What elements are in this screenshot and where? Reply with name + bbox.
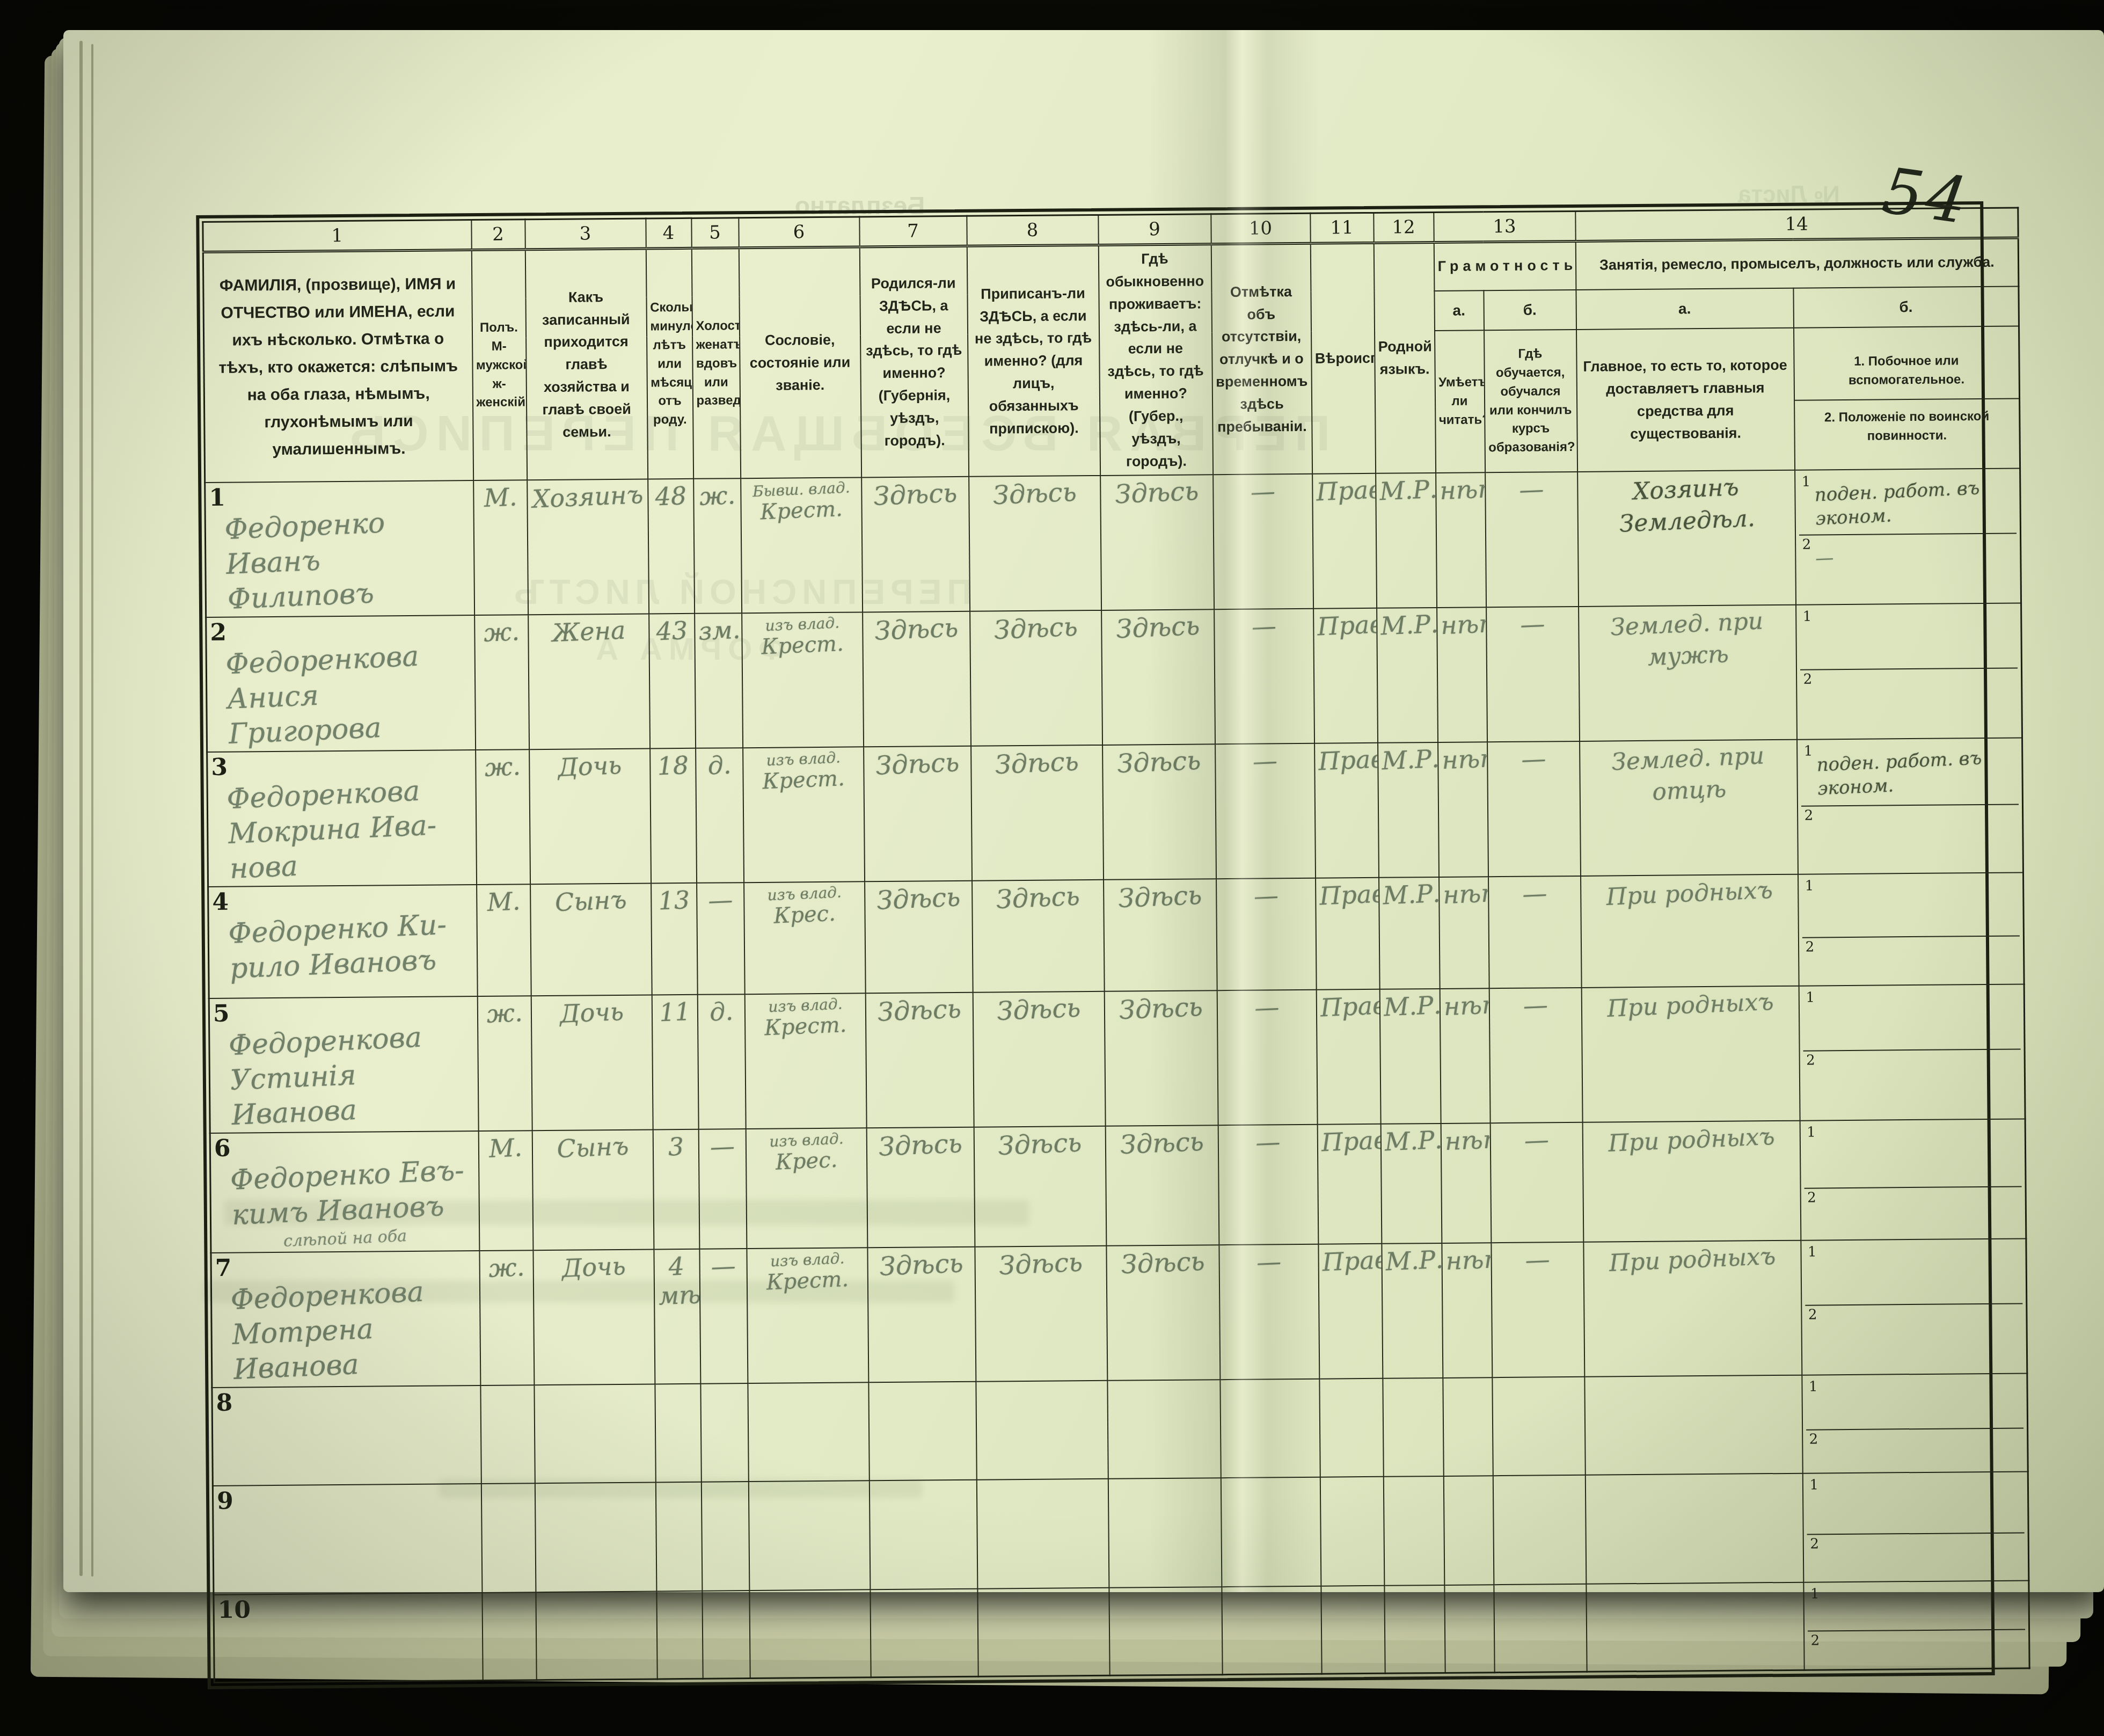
cell-religion: Прав. — [1318, 1244, 1383, 1379]
side-label-2: 2 — [1806, 1053, 1815, 1069]
cell-marital: ж. — [693, 479, 742, 614]
cell-estate — [748, 1481, 870, 1591]
entry-residence: Здѣсь — [1105, 610, 1211, 645]
census-table-border: 1 2 3 4 5 6 7 8 9 10 11 12 13 14 — [196, 201, 1995, 1690]
table-row: 1Федоренко Иванъ Филиповъ М. Хозяинъ 48 … — [205, 469, 2021, 618]
entry-military-status: — — [1799, 546, 1834, 571]
cell-occupation-side: 1 2 — [1798, 873, 2025, 986]
cell-born: Здѣсь — [863, 611, 971, 747]
cell-occupation-side: 1 2 — [1800, 1119, 2026, 1241]
entry-estate: Крес. — [747, 900, 861, 930]
side-label-2: 2 — [1803, 672, 1813, 688]
side-label-1: 1 — [1810, 1586, 1820, 1602]
cell-relation: Сынъ — [532, 1130, 654, 1251]
entry-relation: Жена — [531, 615, 646, 648]
entry-literacy-a: нѣтъ — [1444, 1125, 1487, 1156]
entry-marital: — — [700, 885, 741, 915]
cell-absence: — — [1213, 474, 1313, 609]
cell-relation: Сынъ — [530, 884, 652, 996]
cell-literacy-a: нѣтъ — [1441, 1124, 1491, 1244]
entry-literacy-b: — — [1488, 473, 1574, 506]
entry-religion: Прав. — [1317, 610, 1374, 641]
side-label-2: 2 — [1805, 939, 1814, 955]
entry-absence: — — [1221, 1126, 1314, 1158]
entry-literacy-a: нѣтъ — [1441, 744, 1484, 775]
entry-side-occupation — [1803, 1019, 1819, 1020]
col-number-9: 9 — [1098, 214, 1211, 245]
header-sex-column: Полъ. М-мужской. ж-женскій. — [476, 319, 522, 413]
cell-age — [656, 1591, 703, 1679]
cell-language: М.Р. — [1379, 989, 1441, 1124]
entry-name: Федоренкова Анися Григорова — [208, 616, 473, 753]
side-label-2: 2 — [1809, 1432, 1818, 1448]
entry-side-occupation — [1800, 638, 1816, 639]
cell-estate — [748, 1383, 869, 1482]
cell-age: 13 — [651, 883, 698, 995]
cell-relation: Дочь — [533, 1250, 655, 1385]
entry-occupation-main: При родныхъ — [1584, 874, 1795, 914]
cell-occupation-main: Землед. при мужѣ — [1579, 605, 1797, 741]
cell-residence — [1107, 1380, 1221, 1479]
cell-age: 48 — [648, 479, 695, 614]
cell-marital: д. — [697, 995, 746, 1130]
side-label-1: 1 — [1807, 1125, 1816, 1141]
page-edge-line — [91, 44, 93, 1577]
entry-sex: ж. — [483, 1252, 530, 1283]
cell-literacy-b: — — [1488, 876, 1582, 988]
row-number: 9 — [217, 1487, 233, 1515]
header-literacy-where: Гдѣ обучается, обучался или кончилъ курс… — [1488, 345, 1574, 457]
entry-language: М.Р. — [1379, 475, 1433, 506]
entry-residence: Здѣсь — [1107, 991, 1214, 1026]
col-number-7: 7 — [859, 216, 967, 247]
entry-literacy-a: нѣтъ — [1443, 990, 1486, 1021]
entry-literacy-a: нѣтъ — [1442, 879, 1485, 909]
header-relation-column: Какъ записанный приходится главѣ хозяйст… — [529, 286, 644, 444]
entry-literacy-b: — — [1489, 608, 1575, 641]
header-name-column: ФАМИЛІЯ, (прозвище), ИМЯ и ОТЧЕСТВО или … — [207, 270, 469, 464]
table-row: 7Федоренкова Мотрена Иванова ж. Дочь 4 м… — [211, 1239, 2027, 1388]
cell-sex: ж. — [476, 750, 530, 885]
col-number-12: 12 — [1374, 213, 1434, 243]
photo-background: Безплатно. № Листа ПЕРВАЯ ВСЕОБЩАЯ ПЕРЕП… — [0, 0, 2104, 1736]
entry-occupation-main: При родныхъ — [1584, 986, 1795, 1026]
cell-relation — [536, 1592, 657, 1680]
cell-registered: Здѣсь — [973, 991, 1105, 1127]
cell-name: 10 — [214, 1593, 483, 1682]
entry-name: Федоренкова Устинія Иванова — [211, 996, 477, 1133]
col-number-3: 3 — [525, 218, 646, 250]
cell-absence — [1221, 1477, 1321, 1587]
cell-religion: Прав. — [1313, 608, 1378, 743]
entry-residence: Здѣсь — [1109, 1246, 1216, 1280]
table-row: 4Федоренко Ки­рило Ивановъ М. Сынъ 13 — … — [208, 873, 2025, 999]
cell-relation: Дочь — [529, 749, 651, 885]
cell-occupation-main — [1584, 1375, 1802, 1475]
cell-literacy-b — [1493, 1475, 1586, 1585]
entry-absence: — — [1218, 745, 1311, 777]
cell-marital: зм. — [695, 614, 743, 749]
cell-literacy-b: — — [1486, 607, 1580, 742]
entry-relation: Сынъ — [535, 1130, 649, 1164]
cell-literacy-a — [1444, 1585, 1494, 1673]
cell-name: 9 — [213, 1484, 482, 1595]
entry-marital: д. — [699, 750, 740, 781]
entry-born: Здѣсь — [870, 1128, 970, 1163]
cell-literacy-a: нѣтъ — [1442, 1243, 1492, 1378]
entry-name: Федоренко Евъ­кимъ Ивановъ — [213, 1131, 477, 1234]
page-edge-line — [79, 41, 83, 1576]
cell-name: 1Федоренко Иванъ Филиповъ — [205, 481, 474, 618]
entry-absence: — — [1222, 1245, 1315, 1278]
col-number-6: 6 — [739, 217, 859, 248]
side-label-1: 1 — [1809, 1477, 1818, 1493]
cell-literacy-a: нѣтъ — [1438, 742, 1488, 878]
cell-age: 11 — [652, 995, 698, 1130]
cell-occupation-main: При родныхъ — [1583, 1241, 1802, 1377]
entry-military-status — [1805, 1329, 1821, 1329]
entry-age: 13 — [654, 885, 693, 916]
entry-occupation-main: Землед. при отцѣ — [1582, 740, 1795, 812]
entry-language: М.Р. — [1381, 745, 1435, 776]
entry-side-occupation: поден. работ. въ эконом. — [1798, 475, 2017, 531]
literacy-b-label: б. — [1484, 290, 1576, 330]
side-label-2: 2 — [1805, 808, 1814, 824]
side-label-1: 1 — [1805, 878, 1814, 894]
cell-absence: — — [1214, 609, 1314, 744]
col-number-11: 11 — [1310, 213, 1374, 243]
cell-occupation-side: 1 2 — [1802, 1374, 2028, 1474]
census-table-wrap: 1 2 3 4 5 6 7 8 9 10 11 12 13 14 — [196, 201, 1995, 1690]
cell-age: 3 — [653, 1129, 699, 1250]
header-age-column: Сколько минуло лѣтъ или мѣсяцевъ отъ род… — [650, 298, 689, 429]
entry-born: Здѣсь — [866, 612, 967, 647]
entry-age: 43 — [652, 616, 691, 646]
header-registered-column: Приписанъ-ли ЗДѢСЬ, а если не здѣсь, то … — [971, 282, 1096, 441]
header-marital-column: Холостъ, женатъ, вдовъ или разведенъ. — [696, 317, 736, 411]
entry-name: Федоренкова Мокрина Ива­нова — [209, 750, 474, 887]
entry-language: М.Р. — [1384, 1126, 1437, 1157]
side-label-2: 2 — [1810, 1536, 1819, 1552]
cell-occupation-side: 1 2 — [1799, 984, 2025, 1121]
cell-estate: Бывш. влад.Крест. — [741, 478, 863, 614]
cell-registered: Здѣсь — [969, 476, 1101, 611]
cell-relation — [535, 1483, 656, 1593]
header-estate-column: Сословіе, состояніе или званіе. — [743, 329, 857, 397]
header-literacy-title: Грамотность. — [1437, 254, 1572, 278]
cell-sex: ж. — [479, 1251, 534, 1386]
cell-estate: изъ влад.Крест. — [744, 994, 866, 1129]
cell-age — [655, 1482, 702, 1592]
header-literacy-read: Умѣетъ-ли читать? — [1438, 374, 1481, 430]
col-number-13: 13 — [1434, 211, 1575, 242]
entry-occupation-main: При родныхъ — [1586, 1121, 1796, 1161]
occupation-b-label: б. — [1793, 286, 2019, 327]
cell-literacy-b — [1492, 1377, 1585, 1476]
entry-literacy-b: — — [1491, 743, 1576, 776]
entry-estate: Крест. — [744, 496, 858, 526]
side-label-1: 1 — [1808, 1244, 1817, 1260]
cell-language — [1383, 1476, 1444, 1586]
cell-literacy-a: нѣтъ — [1440, 989, 1490, 1124]
cell-residence: Здѣсь — [1104, 991, 1218, 1127]
cell-estate: изъ влад.Крес. — [744, 882, 866, 995]
cell-religion: Прав. — [1316, 878, 1380, 990]
entry-absence: — — [1216, 475, 1309, 508]
cell-absence: — — [1217, 990, 1317, 1125]
cell-born: Здѣсь — [865, 993, 974, 1128]
cell-residence: Здѣсь — [1104, 879, 1217, 992]
entry-relation: Дочь — [532, 749, 647, 783]
cell-occupation-main: Хозяинъ Земледѣл. — [1577, 470, 1796, 607]
side-label-2: 2 — [1811, 1633, 1820, 1649]
row-number: 8 — [216, 1389, 232, 1417]
entry-estate: Крест. — [746, 765, 860, 795]
entry-side-occupation — [1804, 1155, 1820, 1156]
entry-religion: Прав. — [1319, 880, 1376, 911]
entry-residence: Здѣсь — [1107, 880, 1213, 914]
cell-literacy-b: — — [1490, 1122, 1583, 1243]
entry-occupation-main: Землед. при мужѣ — [1581, 605, 1794, 677]
entry-language: М.Р. — [1383, 991, 1436, 1022]
entry-registered: Здѣсь — [977, 1127, 1102, 1162]
cell-language: М.Р. — [1376, 473, 1437, 608]
entry-estate: Крест. — [745, 631, 859, 660]
cell-registered: Здѣсь — [971, 745, 1104, 881]
cell-language: М.Р. — [1377, 608, 1438, 743]
entry-name: Федоренкова Мотрена Иванова — [213, 1251, 479, 1388]
cell-name: 4Федоренко Ки­рило Ивановъ — [208, 885, 478, 998]
entry-military-status — [1802, 960, 1818, 961]
entry-military-status — [1803, 1074, 1819, 1075]
header-religion-column: Вѣроисповѣданіе. — [1315, 347, 1371, 370]
entry-residence: Здѣсь — [1108, 1126, 1215, 1161]
cell-occupation-side: 1поден. работ. въ эконом. 2— — [1795, 469, 2021, 605]
cell-absence — [1222, 1586, 1321, 1675]
cell-born — [870, 1589, 978, 1677]
entry-literacy-b: — — [1493, 1124, 1579, 1157]
entry-age: 18 — [653, 750, 692, 781]
table-row: 3Федоренкова Мокрина Ива­нова ж. Дочь 18… — [207, 738, 2023, 887]
row-number: 10 — [217, 1596, 251, 1624]
entry-born: Здѣсь — [868, 994, 969, 1028]
entry-residence: Здѣсь — [1106, 745, 1212, 779]
entry-name: Федоренко Ки­рило Ивановъ — [210, 885, 474, 987]
cell-marital: д. — [696, 748, 744, 884]
table-row: 10 1 2 — [214, 1581, 2029, 1683]
cell-sex: ж. — [474, 615, 529, 750]
cell-born — [868, 1382, 976, 1481]
header-born-column: Родился-ли ЗДѢСЬ, а если не здѣсь, то гд… — [864, 272, 965, 453]
entry-religion: Прав. — [1320, 1126, 1377, 1157]
entry-registered: Здѣсь — [976, 992, 1101, 1027]
entry-literacy-b: — — [1494, 1244, 1580, 1277]
cell-language: М.Р. — [1380, 1124, 1442, 1244]
cell-registered: Здѣсь — [970, 610, 1102, 746]
entry-language: М.Р. — [1382, 879, 1436, 910]
entry-born: Здѣсь — [868, 882, 969, 916]
entry-marital: зм. — [698, 615, 739, 646]
cell-born: Здѣсь — [866, 1127, 975, 1248]
entry-age: 48 — [651, 481, 690, 512]
entry-relation: Сынъ — [534, 884, 648, 918]
cell-born: Здѣсь — [864, 746, 972, 882]
entry-literacy-b: — — [1492, 878, 1577, 910]
cell-absence — [1220, 1379, 1320, 1478]
cell-born: Здѣсь — [865, 881, 973, 994]
table-row: 8 1 2 — [212, 1374, 2028, 1486]
census-table: 1 2 3 4 5 6 7 8 9 10 11 12 13 14 — [202, 207, 2030, 1683]
cell-religion: Прав. — [1317, 1124, 1382, 1244]
cell-occupation-main — [1586, 1582, 1804, 1672]
header-military-status: 2. Положеніе по воинской повинности. — [1795, 407, 2019, 446]
cell-born — [869, 1480, 977, 1590]
side-label-2: 2 — [1808, 1307, 1817, 1323]
cell-occupation-main: При родныхъ — [1581, 874, 1799, 988]
entry-language: М.Р. — [1385, 1245, 1438, 1277]
cell-language — [1383, 1378, 1443, 1477]
header-occupation-main: Главное, то есть то, которое доставляетъ… — [1580, 354, 1791, 446]
cell-absence: — — [1216, 878, 1317, 990]
entry-marital: д. — [700, 996, 741, 1027]
entry-literacy-a: нѣтъ — [1445, 1245, 1488, 1275]
table-row: 5Федоренкова Устинія Иванова ж. Дочь 11 … — [209, 984, 2025, 1134]
entry-age: 11 — [655, 997, 694, 1027]
cell-relation: Жена — [528, 614, 650, 750]
entry-registered: Здѣсь — [972, 476, 1097, 512]
entry-sex: ж. — [480, 998, 528, 1029]
cell-sex: ж. — [477, 996, 532, 1132]
entry-marital: ж. — [697, 480, 737, 511]
cell-registered: Здѣсь — [972, 880, 1105, 993]
cell-religion — [1321, 1586, 1385, 1674]
side-label-1: 1 — [1809, 1379, 1818, 1395]
col-number-1: 1 — [203, 220, 471, 252]
cell-marital: — — [697, 883, 745, 995]
entry-born: Здѣсь — [871, 1248, 971, 1282]
col-number-8: 8 — [967, 215, 1098, 246]
entry-religion: Прав. — [1316, 476, 1372, 507]
cell-sex — [482, 1593, 536, 1681]
side-label-2: 2 — [1807, 1190, 1816, 1206]
entry-side-occupation — [1805, 1274, 1821, 1274]
cell-occupation-main: Землед. при отцѣ — [1580, 740, 1798, 876]
cell-religion: Прав. — [1312, 473, 1377, 609]
table-row: 6Федоренко Евъ­кимъ Ивановъслѣпой на оба… — [210, 1119, 2026, 1253]
entry-relation: Дочь — [534, 996, 648, 1030]
cell-marital — [701, 1482, 749, 1592]
entry-literacy-a: нѣтъ — [1440, 609, 1483, 640]
entry-born: Здѣсь — [865, 478, 966, 512]
side-label-1: 1 — [1803, 609, 1812, 625]
cell-estate: изъ влад.Крест. — [742, 612, 864, 748]
occupation-a-label: а. — [1576, 288, 1794, 330]
entry-absence: — — [1219, 879, 1312, 912]
cell-name: 2Федоренкова Анися Григорова — [206, 616, 476, 753]
header-occupation-side: 1. Побочное или вспомогательное. — [1794, 351, 2019, 390]
entry-side-occupation: поден. работ. въ эконом. — [1800, 745, 2019, 802]
entry-estate: Крест. — [748, 1012, 863, 1041]
cell-absence: — — [1215, 743, 1316, 879]
entry-sex: М. — [480, 886, 527, 917]
cell-absence: — — [1219, 1244, 1319, 1380]
table-row: 9 1 2 — [213, 1472, 2029, 1595]
entry-registered: Здѣсь — [975, 880, 1100, 916]
entry-military-status — [1800, 693, 1816, 694]
entry-residence: Здѣсь — [1104, 476, 1210, 510]
cell-registered — [976, 1479, 1109, 1589]
cell-relation: Хозяинъ — [527, 479, 649, 615]
entry-absence: — — [1220, 991, 1313, 1024]
col-number-2: 2 — [471, 220, 525, 250]
entry-military-status — [1801, 830, 1817, 830]
side-label-1: 1 — [1806, 990, 1815, 1006]
cell-registered: Здѣсь — [974, 1126, 1106, 1247]
entry-registered: Здѣсь — [973, 611, 1098, 646]
cell-residence: Здѣсь — [1100, 475, 1214, 611]
header-residence-column: Гдѣ обыкновенно проживаетъ: здѣсь-ли, а … — [1102, 247, 1209, 473]
cell-born: Здѣсь — [861, 477, 970, 612]
cell-name: 3Федоренкова Мокрина Ива­нова — [207, 750, 477, 887]
col-number-4: 4 — [646, 218, 691, 249]
cell-relation — [534, 1384, 655, 1484]
entry-occupation-main: При родныхъ — [1587, 1241, 1798, 1280]
cell-sex: М. — [473, 480, 528, 616]
cell-age: 4 мѣс. — [654, 1249, 700, 1384]
cell-sex: М. — [477, 885, 531, 997]
cell-sex — [481, 1484, 536, 1593]
entry-age: 3 — [656, 1132, 695, 1162]
entry-marital: — — [702, 1131, 742, 1162]
census-sheet: Безплатно. № Листа ПЕРВАЯ ВСЕОБЩАЯ ПЕРЕП… — [63, 30, 2104, 1592]
cell-relation: Дочь — [531, 995, 653, 1131]
cell-literacy-b — [1494, 1584, 1587, 1673]
entry-sex: М. — [481, 1133, 529, 1164]
cell-marital — [700, 1384, 748, 1483]
entry-age: 4 мѣс. — [656, 1251, 697, 1311]
cell-sex — [480, 1385, 535, 1484]
cell-marital: — — [699, 1249, 748, 1384]
entry-estate: Крес. — [749, 1147, 864, 1176]
cell-residence: Здѣсь — [1101, 610, 1215, 746]
entry-born: Здѣсь — [867, 747, 968, 782]
cell-occupation-side: 1 2 — [1796, 603, 2022, 740]
cell-residence: Здѣсь — [1102, 745, 1216, 880]
literacy-a-label: а. — [1434, 290, 1484, 331]
cell-name: 6Федоренко Евъ­кимъ Ивановъслѣпой на оба — [210, 1131, 479, 1253]
header-absence-column: Отмѣтка объ отсутствіи, отлучкѣ и о врем… — [1215, 281, 1308, 439]
cell-literacy-a: нѣтъ — [1437, 608, 1487, 743]
cell-name: 8 — [212, 1385, 481, 1486]
cell-literacy-a — [1443, 1378, 1493, 1477]
cell-age: 43 — [649, 614, 696, 749]
entry-literacy-a: нѣтъ — [1439, 475, 1482, 505]
entry-occupation-main: Хозяинъ Земледѣл. — [1580, 470, 1793, 542]
entry-registered: Здѣсь — [974, 746, 1099, 781]
cell-estate: изъ влад.Крест. — [747, 1248, 868, 1384]
header-language-column: Родной языкъ. — [1378, 335, 1431, 381]
header-occupation-title: Занятія, ремесло, промыселъ, должность и… — [1579, 251, 2014, 277]
cell-absence: — — [1218, 1125, 1318, 1245]
entry-religion: Прав. — [1318, 745, 1375, 776]
cell-residence — [1109, 1587, 1222, 1676]
cell-occupation-side: 1 2 — [1803, 1581, 2029, 1671]
cell-religion: Прав. — [1316, 989, 1380, 1125]
cell-residence: Здѣсь — [1105, 1126, 1219, 1246]
cell-language: М.Р. — [1378, 742, 1439, 878]
cell-occupation-side: 1 2 — [1801, 1239, 2027, 1375]
cell-religion: Прав. — [1314, 743, 1379, 878]
